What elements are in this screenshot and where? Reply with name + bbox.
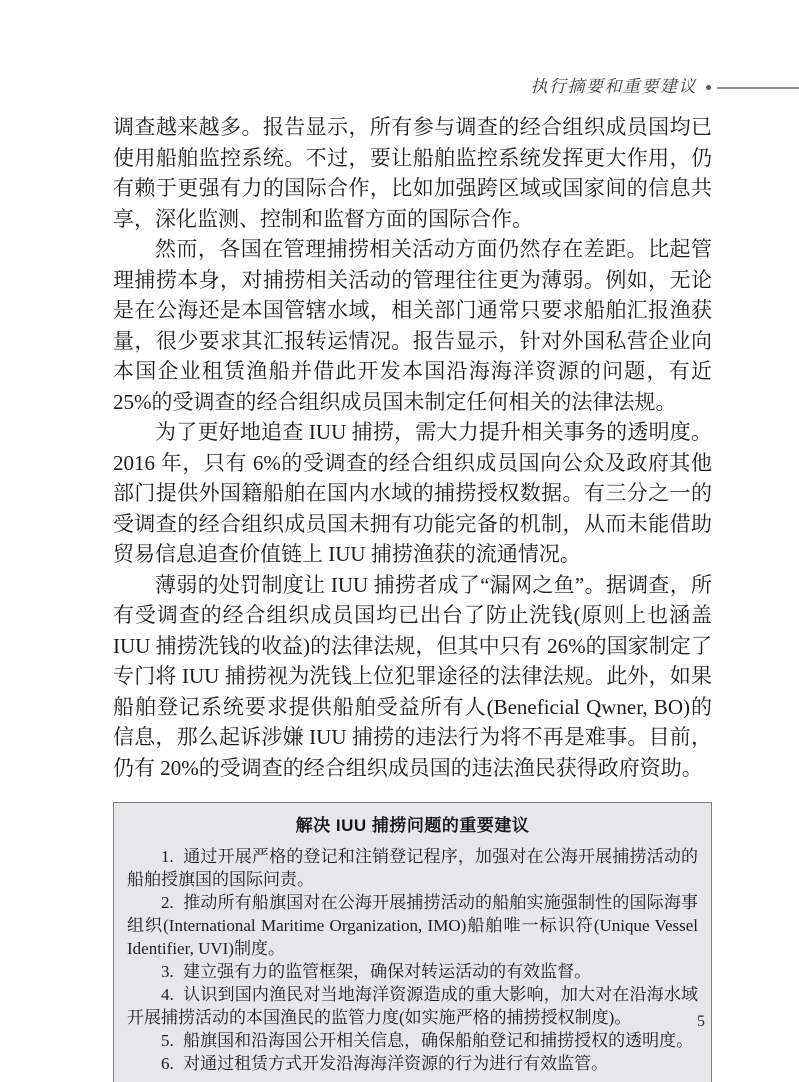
body-paragraph-3: 为了更好地追查 IUU 捕捞，需大力提升相关事务的透明度。2016 年，只有 6…	[113, 417, 712, 570]
recommendation-number: 5.	[161, 1031, 174, 1050]
recommendation-number: 3.	[161, 962, 174, 981]
running-header-title: 执行摘要和重要建议	[531, 76, 698, 98]
recommendation-number: 6.	[161, 1054, 174, 1073]
running-header: 执行摘要和重要建议	[531, 76, 799, 98]
recommendation-text: 船旗国和沿海国公开相关信息，确保船舶登记和捕捞授权的透明度。	[183, 1031, 693, 1050]
recommendations-box: 解决 IUU 捕捞问题的重要建议 1.通过开展严格的登记和注销登记程序，加强对在…	[113, 802, 712, 1082]
recommendation-number: 1.	[161, 847, 174, 866]
recommendation-number: 4.	[161, 985, 174, 1004]
recommendations-box-title: 解决 IUU 捕捞问题的重要建议	[127, 814, 698, 838]
recommendation-text: 通过开展严格的登记和注销登记程序，加强对在公海开展捕捞活动的船舶授旗国的国际问责…	[127, 847, 698, 889]
recommendation-item-4: 4.认识到国内渔民对当地海洋资源造成的重大影响，加大对在沿海水域开展捕捞活动的本…	[127, 983, 698, 1029]
body-paragraph-4: 薄弱的处罚制度让 IUU 捕捞者成了“漏网之鱼”。据调查，所有受调查的经合组织成…	[113, 570, 712, 784]
recommendation-item-3: 3.建立强有力的监管框架，确保对转运活动的有效监督。	[127, 960, 698, 983]
header-rule	[717, 87, 799, 89]
page-number: 5	[697, 1012, 705, 1032]
recommendation-item-5: 5.船旗国和沿海国公开相关信息，确保船舶登记和捕捞授权的透明度。	[127, 1029, 698, 1052]
page-content: 调查越来越多。报告显示，所有参与调查的经合组织成员国均已使用船舶监控系统。不过，…	[113, 112, 712, 1082]
body-paragraph-2: 然而，各国在管理捕捞相关活动方面仍然存在差距。比起管理捕捞本身，对捕捞相关活动的…	[113, 234, 712, 417]
recommendation-item-1: 1.通过开展严格的登记和注销登记程序，加强对在公海开展捕捞活动的船舶授旗国的国际…	[127, 845, 698, 891]
body-paragraph-1: 调查越来越多。报告显示，所有参与调查的经合组织成员国均已使用船舶监控系统。不过，…	[113, 112, 712, 234]
recommendation-item-2: 2.推动所有船旗国对在公海开展捕捞活动的船舶实施强制性的国际海事组织(Inter…	[127, 891, 698, 960]
recommendation-item-6: 6.对通过租赁方式开发沿海海洋资源的行为进行有效监管。	[127, 1052, 698, 1075]
recommendation-text: 建立强有力的监管框架，确保对转运活动的有效监督。	[183, 962, 591, 981]
recommendation-number: 2.	[161, 893, 174, 912]
recommendation-text: 认识到国内渔民对当地海洋资源造成的重大影响，加大对在沿海水域开展捕捞活动的本国渔…	[127, 985, 698, 1027]
document-page: 执行摘要和重要建议 调查越来越多。报告显示，所有参与调查的经合组织成员国均已使用…	[0, 0, 799, 1082]
recommendation-text: 推动所有船旗国对在公海开展捕捞活动的船舶实施强制性的国际海事组织(Interna…	[127, 893, 698, 958]
header-dot-ornament	[706, 85, 711, 90]
recommendation-text: 对通过租赁方式开发沿海海洋资源的行为进行有效监管。	[183, 1054, 608, 1073]
